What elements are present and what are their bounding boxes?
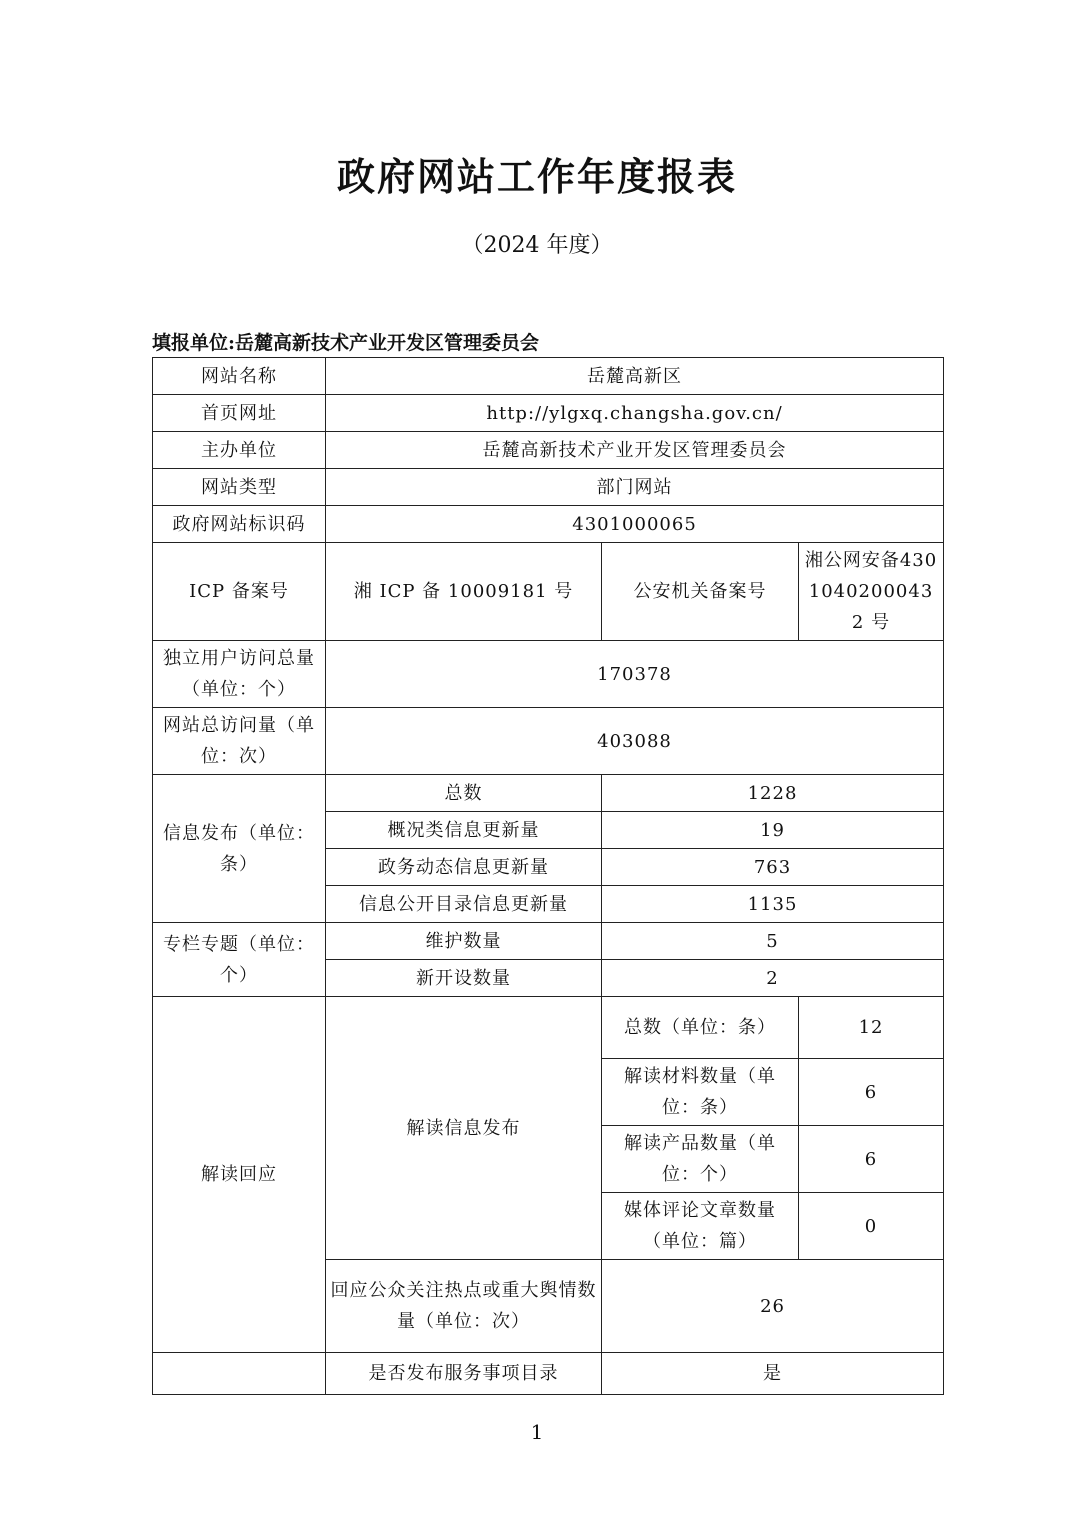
table-row: 主办单位 岳麓高新技术产业开发区管理委员会	[153, 432, 944, 469]
interpretation-sub-label: 解读信息发布	[326, 997, 602, 1260]
disclosure-update-value: 1135	[602, 886, 944, 923]
unique-visitors-label: 独立用户访问总量（单位：个）	[153, 641, 326, 708]
table-row: ICP 备案号 湘 ICP 备 10009181 号 公安机关备案号 湘公网安备…	[153, 543, 944, 641]
response-label: 回应公众关注热点或重大舆情数量（单位：次）	[326, 1260, 602, 1353]
page-number: 1	[0, 1420, 1074, 1444]
table-row: 信息发布（单位：条） 总数 1228	[153, 775, 944, 812]
interp-product-label: 解读产品数量（单位：个）	[602, 1126, 799, 1193]
table-row: 政府网站标识码 4301000065	[153, 506, 944, 543]
site-code-label: 政府网站标识码	[153, 506, 326, 543]
maintained-value: 5	[602, 923, 944, 960]
table-row: 是否发布服务事项目录 是	[153, 1353, 944, 1395]
police-record-value: 湘公网安备43010402000432 号	[799, 543, 944, 641]
info-total-value: 1228	[602, 775, 944, 812]
table-row: 专栏专题（单位：个） 维护数量 5	[153, 923, 944, 960]
disclosure-update-label: 信息公开目录信息更新量	[326, 886, 602, 923]
site-name-value: 岳麓高新区	[326, 358, 944, 395]
report-year: （2024 年度）	[0, 228, 1074, 259]
table-row: 网站总访问量（单位：次） 403088	[153, 708, 944, 775]
table-row: 首页网址 http://ylgxq.changsha.gov.cn/	[153, 395, 944, 432]
unique-visitors-value: 170378	[326, 641, 944, 708]
maintained-label: 维护数量	[326, 923, 602, 960]
interp-material-value: 6	[799, 1059, 944, 1126]
reporting-unit: 填报单位:岳麓高新技术产业开发区管理委员会	[152, 328, 539, 355]
new-columns-value: 2	[602, 960, 944, 997]
new-columns-label: 新开设数量	[326, 960, 602, 997]
table-row: 解读回应 解读信息发布 总数（单位：条） 12	[153, 997, 944, 1059]
interp-total-label: 总数（单位：条）	[602, 997, 799, 1059]
police-record-label: 公安机关备案号	[602, 543, 799, 641]
columns-label: 专栏专题（单位：个）	[153, 923, 326, 997]
service-catalog-value: 是	[602, 1353, 944, 1395]
service-catalog-label: 是否发布服务事项目录	[326, 1353, 602, 1395]
total-visits-label: 网站总访问量（单位：次）	[153, 708, 326, 775]
news-update-value: 763	[602, 849, 944, 886]
interp-total-value: 12	[799, 997, 944, 1059]
media-comment-label: 媒体评论文章数量（单位：篇）	[602, 1193, 799, 1260]
table-row: 网站类型 部门网站	[153, 469, 944, 506]
overview-update-label: 概况类信息更新量	[326, 812, 602, 849]
interp-material-label: 解读材料数量（单位：条）	[602, 1059, 799, 1126]
homepage-value: http://ylgxq.changsha.gov.cn/	[326, 395, 944, 432]
site-type-label: 网站类型	[153, 469, 326, 506]
info-publish-label: 信息发布（单位：条）	[153, 775, 326, 923]
report-table: 网站名称 岳麓高新区 首页网址 http://ylgxq.changsha.go…	[152, 357, 944, 1395]
table-row: 独立用户访问总量（单位：个） 170378	[153, 641, 944, 708]
empty-cell	[153, 1353, 326, 1395]
icp-label: ICP 备案号	[153, 543, 326, 641]
sponsor-label: 主办单位	[153, 432, 326, 469]
media-comment-value: 0	[799, 1193, 944, 1260]
interpretation-label: 解读回应	[153, 997, 326, 1353]
total-visits-value: 403088	[326, 708, 944, 775]
site-code-value: 4301000065	[326, 506, 944, 543]
interp-product-value: 6	[799, 1126, 944, 1193]
response-value: 26	[602, 1260, 944, 1353]
site-type-value: 部门网站	[326, 469, 944, 506]
site-name-label: 网站名称	[153, 358, 326, 395]
info-total-label: 总数	[326, 775, 602, 812]
table-row: 网站名称 岳麓高新区	[153, 358, 944, 395]
sponsor-value: 岳麓高新技术产业开发区管理委员会	[326, 432, 944, 469]
news-update-label: 政务动态信息更新量	[326, 849, 602, 886]
overview-update-value: 19	[602, 812, 944, 849]
page-title: 政府网站工作年度报表	[0, 146, 1074, 201]
homepage-label: 首页网址	[153, 395, 326, 432]
icp-value: 湘 ICP 备 10009181 号	[326, 543, 602, 641]
